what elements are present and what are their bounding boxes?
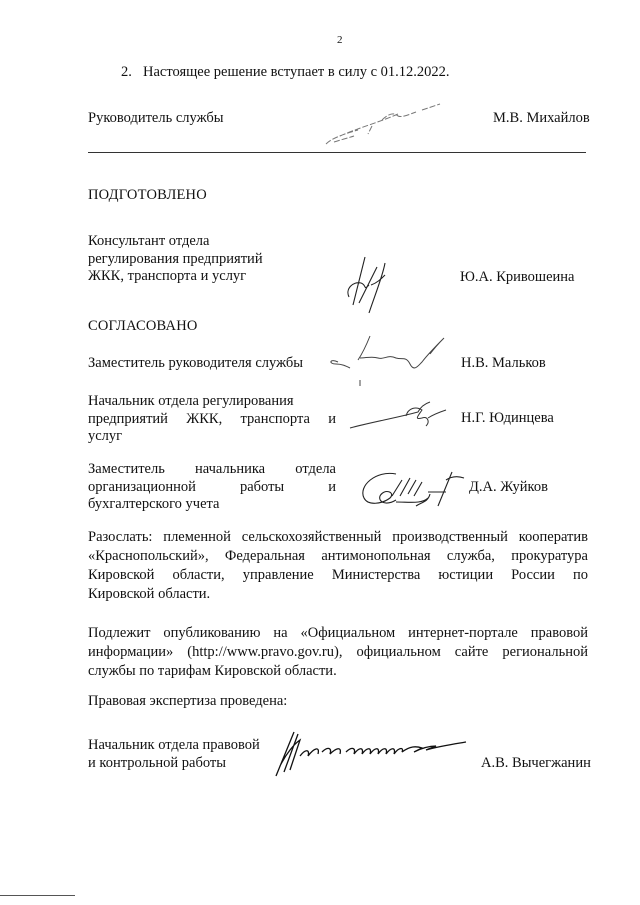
agreed-signer-3-position: Заместитель начальника отдела организаци… (88, 461, 336, 514)
agreed-signer-2-position: Начальник отдела регулирования предприят… (88, 393, 336, 446)
position-line: Начальник отдела правовой (88, 737, 260, 755)
position-line: организационной работы и (88, 479, 336, 497)
agreed-signer-1-signature-image (326, 332, 456, 392)
position-line: Заместитель начальника отдела (88, 461, 336, 479)
paragraph-line: службы по тарифам Кировской области. (88, 662, 588, 681)
head-signature-image (318, 100, 448, 150)
position-line: услуг (88, 428, 336, 446)
paragraph-line: «Краснопольский», Федеральная антимонопо… (88, 547, 588, 566)
horizontal-rule (88, 152, 586, 153)
position-line: Консультант отдела (88, 233, 263, 251)
position-line: Начальник отдела регулирования (88, 393, 336, 411)
position-line: предприятий ЖКК, транспорта и (88, 411, 336, 429)
prepared-signer-position: Консультант отдела регулирования предпри… (88, 233, 263, 286)
distribution-paragraph: Разослать: племенной сельскохозяйственны… (88, 528, 588, 604)
paragraph-line: Подлежит опубликованию на «Официальном и… (88, 624, 588, 643)
position-line: и контрольной работы (88, 755, 260, 773)
agreed-signer-2-signature-image (348, 398, 448, 434)
agreed-signer-1-position: Заместитель руководителя службы (88, 355, 303, 373)
head-name: М.В. Михайлов (493, 110, 590, 127)
agreed-signer-2-name: Н.Г. Юдинцева (461, 410, 554, 427)
paragraph-line: Кировской области, управление Министерст… (88, 566, 588, 585)
legal-review-signer-position: Начальник отдела правовой и контрольной … (88, 737, 260, 772)
position-line: регулирования предприятий (88, 251, 263, 269)
legal-review-signature-image (270, 730, 470, 780)
page-number: 2 (337, 34, 343, 46)
head-position: Руководитель службы (88, 110, 224, 127)
position-line: бухгалтерского учета (88, 496, 336, 514)
prepared-signer-name: Ю.А. Кривошеина (460, 269, 575, 286)
agreed-signer-3-signature-image (356, 466, 466, 510)
paragraph-line: Разослать: племенной сельскохозяйственны… (88, 528, 588, 547)
position-line: ЖКК, транспорта и услуг (88, 268, 263, 286)
legal-review-label: Правовая экспертиза проведена: (88, 693, 287, 710)
publication-paragraph: Подлежит опубликованию на «Официальном и… (88, 624, 588, 681)
footnote-rule (0, 895, 75, 896)
position-line: Заместитель руководителя службы (88, 355, 303, 373)
legal-review-signer-name: А.В. Вычегжанин (481, 755, 591, 772)
agreed-signer-1-name: Н.В. Мальков (461, 355, 546, 372)
prepared-signature-image (345, 255, 395, 315)
agreed-signer-3-name: Д.А. Жуйков (469, 479, 548, 496)
paragraph-line: Кировской области. (88, 585, 588, 604)
agreed-heading: СОГЛАСОВАНО (88, 318, 198, 335)
clause-text: Настоящее решение вступает в силу с 01.1… (143, 64, 450, 80)
clause-number: 2. (121, 64, 143, 81)
prepared-heading: ПОДГОТОВЛЕНО (88, 187, 207, 204)
paragraph-line: информации» (http://www.pravo.gov.ru), о… (88, 643, 588, 662)
clause-2: 2.Настоящее решение вступает в силу с 01… (121, 64, 450, 81)
